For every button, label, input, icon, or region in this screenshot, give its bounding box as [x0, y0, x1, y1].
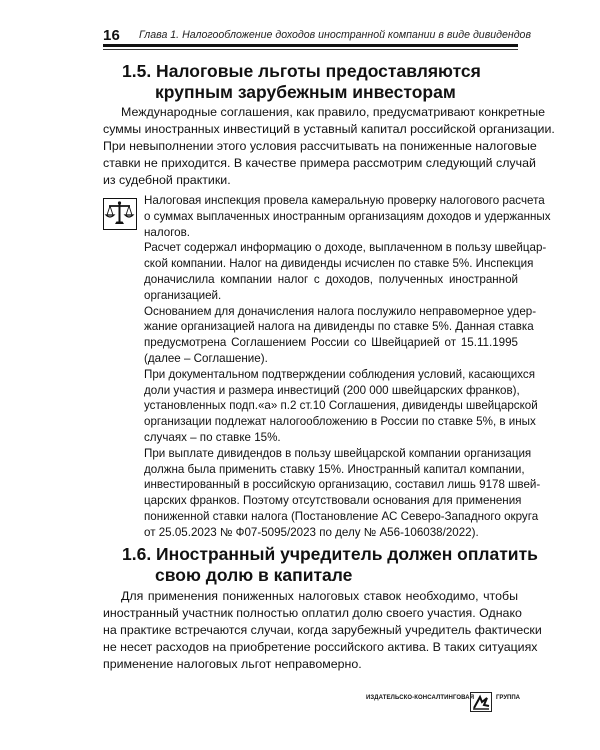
- text-line: применение налоговых льгот неправомерно.: [103, 656, 518, 673]
- publisher-footer: ИЗДАТЕЛЬСКО-КОНСАЛТИНГОВАЯ ГРУППА: [366, 692, 521, 714]
- text-line: организацией.: [144, 288, 518, 304]
- text-line: Для применения пониженных налоговых став…: [103, 588, 518, 605]
- text-line: При выплате дивидендов в пользу швейцарс…: [144, 446, 518, 462]
- publisher-name-left: ИЗДАТЕЛЬСКО-КОНСАЛТИНГОВАЯ: [366, 695, 474, 701]
- section-heading-1-6: 1.6. Иностранный учредитель должен оплат…: [122, 544, 538, 586]
- heading-line-2: свою долю в капитале: [122, 565, 538, 586]
- scales-of-justice-icon: [103, 198, 137, 230]
- text-line: Расчет содержал информацию о доходе, вып…: [144, 240, 518, 256]
- heading-line-1: 1.5. Налоговые льготы предоставляются: [122, 61, 481, 81]
- text-line: ской компании. Налог на дивиденды исчисл…: [144, 256, 518, 272]
- publisher-logo-icon: [470, 692, 492, 712]
- text-line: При документальном подтверждении соблюде…: [144, 367, 518, 383]
- text-line: ставки не приходится. В качестве примера…: [103, 155, 518, 172]
- text-line: доли участия и размера инвестиций (200 0…: [144, 383, 518, 399]
- text-line: царских франков. Поэтому отсутствовали о…: [144, 493, 518, 509]
- text-line: доначислила компании налог с доходов, по…: [144, 272, 518, 288]
- text-line: из судебной практики.: [103, 172, 518, 189]
- text-line: Налоговая инспекция провела камеральную …: [144, 193, 518, 209]
- section-heading-1-5: 1.5. Налоговые льготы предоставляются кр…: [122, 61, 481, 103]
- text-line: предусмотрена Соглашением России со Швей…: [144, 335, 518, 351]
- text-line: от 25.05.2023 № Ф07-5095/2023 по делу № …: [144, 525, 518, 541]
- page-number: 16: [103, 27, 120, 44]
- header-rule-thick: [103, 44, 518, 47]
- text-line: случаях – по ставке 15%.: [144, 430, 518, 446]
- text-line: жание организацией налога на дивиденды п…: [144, 319, 518, 335]
- text-line: не несет расходов на приобретение россий…: [103, 639, 518, 656]
- case-text: Налоговая инспекция провела камеральную …: [144, 193, 518, 541]
- section-1-6-paragraph: Для применения пониженных налоговых став…: [103, 588, 518, 673]
- text-line: должна была применить ставку 15%. Иностр…: [144, 462, 518, 478]
- publisher-name-right: ГРУППА: [496, 695, 520, 701]
- text-line: о суммах выплаченных иностранным организ…: [144, 209, 518, 225]
- text-line: организации подлежат налогообложению в Р…: [144, 414, 518, 430]
- text-line: на практике встречаются случаи, когда за…: [103, 622, 518, 639]
- book-page: 16 Глава 1. Налогообложение доходов инос…: [103, 0, 518, 750]
- text-line: установленных подп.«а» п.2 ст.10 Соглаше…: [144, 398, 518, 414]
- chapter-title: Глава 1. Налогообложение доходов иностра…: [139, 29, 531, 41]
- heading-line-1: 1.6. Иностранный учредитель должен оплат…: [122, 544, 538, 564]
- text-line: инвестированный в российскую организацию…: [144, 477, 518, 493]
- text-line: налогов.: [144, 225, 518, 241]
- text-line: суммы иностранных инвестиций в уставный …: [103, 121, 518, 138]
- text-line: Основанием для доначисления налога послу…: [144, 304, 518, 320]
- text-line: Международные соглашения, как правило, п…: [103, 104, 518, 121]
- heading-line-2: крупным зарубежным инвесторам: [122, 82, 481, 103]
- text-line: иностранный участник полностью оплатил д…: [103, 605, 518, 622]
- section-1-5-paragraph: Международные соглашения, как правило, п…: [103, 104, 518, 189]
- text-line: пониженной ставки налога (Постановление …: [144, 509, 518, 525]
- text-line: (далее – Соглашение).: [144, 351, 518, 367]
- text-line: При невыполнении этого условия рассчитыв…: [103, 138, 518, 155]
- header-rule-thin: [103, 49, 518, 50]
